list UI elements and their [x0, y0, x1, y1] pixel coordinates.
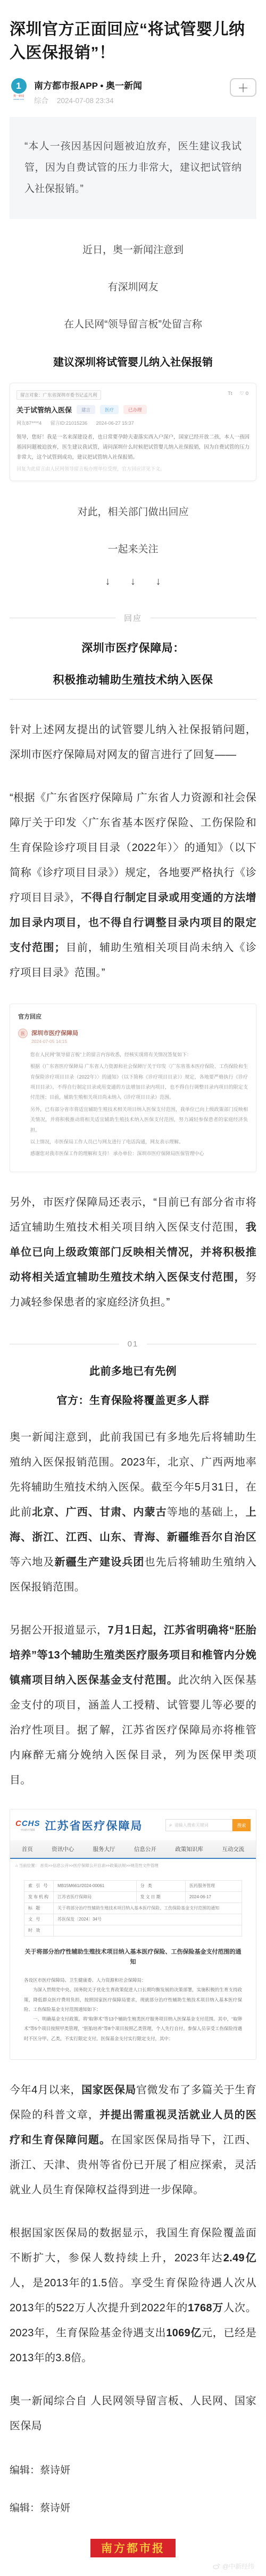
doc-index-value: MB15M661//2024-00061: [54, 1880, 136, 1891]
plus-icon: ＋: [238, 80, 249, 96]
search-button: 搜索: [232, 1819, 251, 1831]
jiangsu-nav: 首页 资讯中心 服务大厅 信息公开 政策知识库 互动交流: [10, 1840, 256, 1859]
message-tag-status: 已办理: [123, 405, 147, 414]
author-meta: 综合2024-07-08 23:34: [34, 95, 142, 105]
agency-name: 深圳市医疗保障局: [31, 1029, 78, 1037]
avatar-logo: 1: [11, 78, 27, 94]
divider-line: [10, 1344, 119, 1344]
search-icon: ⌕: [169, 1822, 172, 1828]
editor-line-1: 编辑：蔡诗妍: [10, 2462, 256, 2477]
article-title: 深圳官方正面回应“将试管婴儿纳入医保报销”！: [10, 11, 256, 64]
down-arrows-icon: ↓ ↓ ↓: [10, 576, 256, 588]
message-body: 领导，您好！我是一名来深建设者，也日常要孕龄夫妻落实西入户深户，国家已经开放二孩…: [16, 432, 250, 462]
author-info: 南方都市报APP • 奥一新闻 综合2024-07-08 23:34: [34, 78, 142, 105]
body-paragraph-4: 奥一新闻注意到，此前我国已有多地先后将辅助生殖纳入医保报销范围。2023年，北京…: [10, 1425, 256, 1600]
official-reply-screenshot[interactable]: 官方回应 医 深圳市医疗保障局 2024-07-05 14:15 您在人民网“领…: [10, 1004, 256, 1172]
doc-index-label: 索 引 号: [24, 1880, 54, 1891]
message-time: 2024-06-27 15:37: [96, 420, 134, 426]
doc-valid-value: [54, 1925, 242, 1936]
article-page: 深圳官方正面回应“将试管婴儿纳入医保报销”！ 1 奥一新闻 oeeee.com …: [0, 11, 266, 2576]
message-tag-type: 建言: [77, 405, 95, 414]
message-target-tag: 留言对象：广东省深圳市委书记孟凡利: [16, 390, 101, 400]
netizen-quote: “本人一孩因基因问题被迫放弃，医生建议我试管，因为自费试管的压力非常大，建议把试…: [10, 117, 256, 219]
message-faded-note: 回复为此留言由人民网领导留言板办理单位受理，官方回应详见下文。: [16, 465, 250, 472]
follow-button[interactable]: ＋: [230, 78, 256, 97]
doc-class-label: 分 类: [136, 1880, 185, 1891]
transition-line: 一起来关注: [10, 541, 256, 555]
doc-org-value: 江苏省医疗保障局: [54, 1891, 136, 1902]
body-paragraph-5: 另据公开报道显示，7月1日起，江苏省明确将“胚胎培养”等13个辅助生殖类医疗服务…: [10, 1618, 256, 1793]
jiangsu-website-screenshot[interactable]: CCHS 中国医疗保障 江苏省医疗保障局 ⌕ 请输入搜索关键词 搜索 首页 资讯…: [10, 1809, 256, 2060]
lead-line: 近日，奥一新闻注意到: [10, 242, 256, 256]
jiangsu-document: 索 引 号 MB15M661//2024-00061 分 类 医药服务管理 发布…: [10, 1872, 256, 2059]
jiangsu-header: CCHS 中国医疗保障 江苏省医疗保障局 ⌕ 请输入搜索关键词 搜索: [10, 1809, 256, 1840]
doc-title-label: 标 题: [24, 1902, 54, 1914]
doc-heading: 关于将部分治疗性辅助生殖技术项目纳入基本医疗保险、工伤保险基金支付范围的通知: [24, 1947, 242, 1968]
message-meta: 网友87****4 留言ID:21015236 2024-06-27 15:37: [16, 419, 250, 426]
editor-line-2: 编辑：蔡诗妍: [10, 2500, 256, 2514]
body-paragraph-3: 另外，市医疗保障局还表示，“目前已有部分省市将适宜辅助生殖技术相关项目纳入医保支…: [10, 1190, 256, 1315]
newspaper-logo: 南方都市报: [90, 2539, 176, 2557]
message-user: 网友87****4: [16, 420, 41, 426]
message-title: 关于试管纳入医保: [16, 405, 72, 415]
like-icon: ♡: [240, 391, 245, 397]
agency-logo-icon: 医: [18, 1029, 28, 1038]
doc-body-line: 一、明确基金支付政策。将“取卵术”等13个辅助生殖类医疗服务项目纳入医保基金支付…: [24, 2014, 242, 2043]
response-heading-1: 深圳市医疗保障局：: [10, 639, 256, 655]
like-count: 0: [246, 391, 248, 397]
message-tag-field: 医疗: [100, 405, 119, 414]
nav-item-interact: 互动交流: [222, 1845, 244, 1853]
section-01-divider: 01: [10, 1340, 256, 1349]
doc-body-line: 各设区市医疗保障局、卫生健康委、人力资源和社会保障局：: [24, 1975, 242, 1985]
body-paragraph-1: 针对上述网友提出的试管婴儿纳入社保报销问题，深圳市医疗保障局对网友的留言进行了回…: [10, 718, 256, 768]
section-number: 01: [119, 1340, 147, 1349]
search-placeholder: 请输入搜索关键词: [174, 1822, 209, 1828]
transition-line: 对此，相关部门做出回应: [10, 504, 256, 518]
section-heading-2: 官方：生育保险将覆盖更多人群: [10, 1392, 256, 1407]
watermark: @中新经纬: [10, 2562, 256, 2571]
doc-date-value: 2024-06-17: [186, 1891, 242, 1902]
nav-item-policy: 政策知识库: [175, 1845, 203, 1853]
reply-line: 您在人民网“领导留言板”上的留言内容收悉，经核实现将有关情况答复如下：: [30, 1050, 248, 1060]
divider-line: [151, 618, 256, 618]
lead-bold-line: 建议深圳将试管婴儿纳入社保报销: [10, 353, 256, 369]
lead-line: 在人民网“领导留言板”处留言称: [10, 316, 256, 331]
nav-item-disclosure: 信息公开: [134, 1845, 156, 1853]
nav-item-service: 服务大厅: [93, 1845, 115, 1853]
reply-line: 另外，已有部分省市将适宜辅助生殖技术相关项目纳入医保支付范围，我单位已向上级政策…: [30, 1105, 248, 1135]
divider-line: [147, 1344, 256, 1344]
breadcrumb-text: 当前位置： 首页>>信息公开>>医疗保障公开目录>>政策法规>>规范性文件管理: [19, 1863, 159, 1868]
doc-body: 各设区市医疗保障局、卫生健康委、人力资源和社会保障局： 为深入贯彻党中央、国务院…: [24, 1975, 242, 2043]
doc-org-label: 发布机构: [24, 1891, 54, 1902]
doc-class-value: 医药服务管理: [186, 1880, 242, 1891]
doc-valid-label: 时 效: [24, 1925, 54, 1936]
author-name[interactable]: 南方都市报APP • 奥一新闻: [34, 78, 142, 91]
message-id: 留言ID:21015236: [51, 420, 88, 426]
response-heading-2: 积极推动辅助生殖技术纳入医保: [10, 671, 256, 687]
doc-info-table: 索 引 号 MB15M661//2024-00061 分 类 医药服务管理 发布…: [24, 1880, 242, 1937]
body-paragraph-6: 今年4月以来，国家医保局官微发布了多篇关于生育保险的科普文章，并提出需重视灵活就…: [10, 2078, 256, 2203]
body-paragraph-7: 根据国家医保局的数据显示，我国生育保险覆盖面不断扩大，参保人数持续上升，2023…: [10, 2221, 256, 2371]
reply-line: 以上情况，市医保局工作人员已与网友进行了电话沟通，网友表示理解。: [30, 1137, 248, 1147]
reply-time: 2024-07-05 14:15: [31, 1039, 78, 1044]
response-divider: 回应: [10, 612, 256, 624]
avatar[interactable]: 1 奥一新闻 oeeee.com: [10, 78, 28, 100]
home-icon: ⌂: [15, 1863, 18, 1868]
nav-item-home: 首页: [22, 1845, 33, 1853]
like-widget: ♡ 0: [240, 391, 248, 397]
doc-no-label: 文 号: [24, 1914, 54, 1925]
section-heading-1: 此前多地已有先例: [10, 1362, 256, 1378]
avatar-caption: 奥一新闻: [13, 94, 24, 98]
watermark-text: @中新经纬: [222, 2562, 254, 2571]
author-bar: 1 奥一新闻 oeeee.com 南方都市报APP • 奥一新闻 综合2024-…: [10, 78, 256, 105]
article-category: 综合: [34, 97, 48, 105]
doc-body-line: 为深入贯彻党中央、国务院关于优化生育政策促进人口长期均衡发展的决策部署，实施积极…: [24, 1985, 242, 2014]
reply-line: 根据《广东省医疗保障局 广东省人力资源和社会保障厅关于印发〈广东省基本医疗保险、…: [30, 1062, 248, 1102]
source-line: 奥一新闻综合自 人民网领导留言板、人民网、国家医保局: [10, 2389, 256, 2439]
font-size-tool: Tt: [228, 391, 232, 397]
search-input: ⌕ 请输入搜索关键词: [165, 1819, 232, 1831]
doc-date-label: 发文日期: [136, 1891, 185, 1902]
chs-logo-caption: 中国医疗保障: [21, 1829, 35, 1832]
jiangsu-breadcrumb: ⌂ 当前位置： 首页>>信息公开>>医疗保障公开目录>>政策法规>>规范性文件管…: [10, 1859, 256, 1872]
divider-line: [10, 699, 256, 700]
doc-title-value: 关于将部分治疗性辅助生殖技术项目纳入基本医疗保险、工伤保险基金支付范围的通知: [54, 1902, 242, 1914]
jiangsu-site-name: 江苏省医疗保障局: [45, 1817, 143, 1833]
divider-line: [10, 618, 115, 618]
nav-item-news: 资讯中心: [52, 1845, 74, 1853]
chs-logo-text: CHS: [22, 1819, 40, 1828]
message-tools: Tt ♡ 0: [228, 391, 248, 397]
doc-no-value: 苏医保发〔2024〕34号: [54, 1914, 242, 1925]
avatar-caption-url: oeeee.com: [13, 98, 24, 100]
weibo-icon: [213, 2563, 220, 2569]
chs-logo: CCHS 中国医疗保障: [15, 1819, 40, 1832]
reply-label: 官方回应: [18, 1012, 248, 1021]
lead-line: 有深圳网友: [10, 279, 256, 293]
reply-body: 您在人民网“领导留言板”上的留言内容收悉，经核实现将有关情况答复如下： 根据《广…: [30, 1050, 248, 1159]
jiangsu-search: ⌕ 请输入搜索关键词 搜索: [165, 1819, 251, 1831]
publish-time: 2024-07-08 23:34: [57, 97, 114, 105]
response-divider-label: 回应: [115, 612, 151, 624]
body-paragraph-2: “根据《广东省医疗保障局 广东省人力资源和社会保障厅关于印发〈广东省基本医疗保险…: [10, 786, 256, 986]
reply-line: 感谢您对我市医保工作的理解和支持！ 承办单位：深圳市医疗保障局医保管理中心: [30, 1149, 248, 1159]
message-board-screenshot[interactable]: 留言对象：广东省深圳市委书记孟凡利 Tt ♡ 0 关于试管纳入医保 建言 医疗 …: [10, 383, 256, 481]
